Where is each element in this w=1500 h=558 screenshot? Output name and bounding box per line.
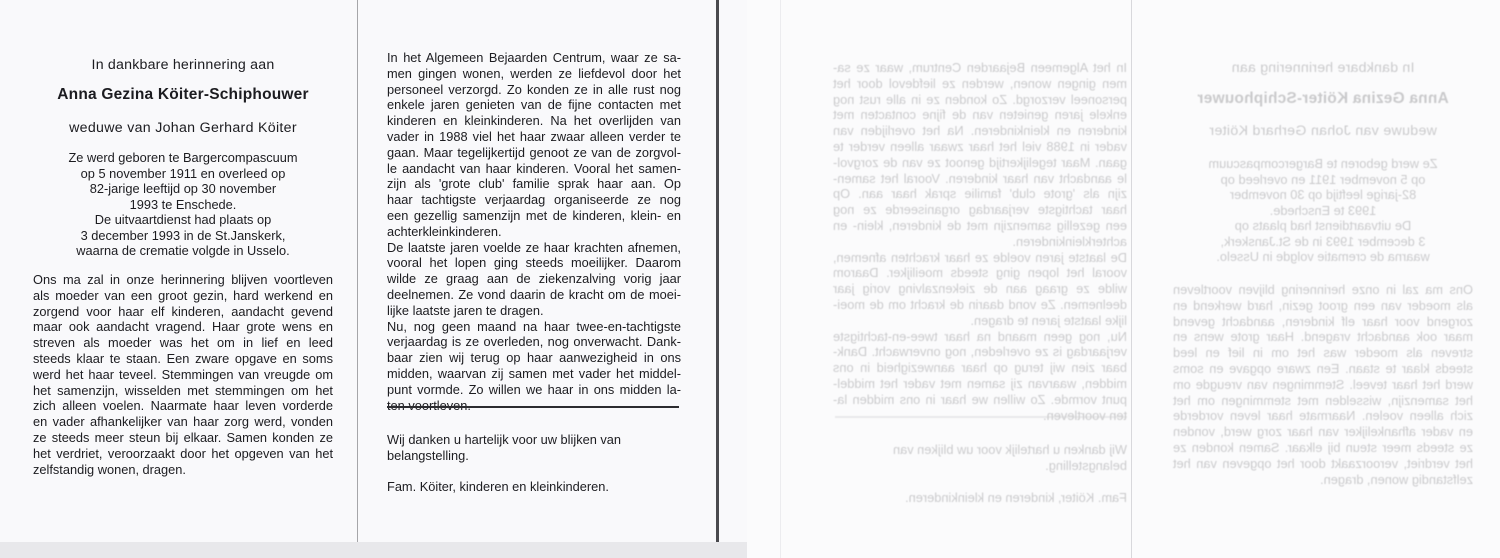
facts-line: De uitvaartdienst had plaats op bbox=[33, 212, 333, 228]
text-line: Ons ma zal in onze herinnering blijven v… bbox=[33, 272, 333, 288]
text-line: baar zien wij terug op haar aanwezigheid… bbox=[387, 350, 681, 366]
ghost-line: gaan. Maar tegelijkertijd genoot ze van … bbox=[833, 155, 1127, 171]
text-line: vader in 1988 viel het haar zwaar alleen… bbox=[387, 129, 681, 145]
facts-line: 3 december 1993 in de St.Janskerk, bbox=[33, 228, 333, 244]
text-line: wilde ze graag aan de ziekenzalving vori… bbox=[387, 271, 681, 287]
text-line: zich alleen voelen. Naarmate haar leven … bbox=[33, 398, 333, 414]
text-line: le aandacht van haar kinderen. Vooral he… bbox=[387, 161, 681, 177]
ghost-line: belangstelling. bbox=[827, 458, 1127, 474]
ghost-facts-line: 1993 te Enschede. bbox=[1173, 203, 1473, 219]
text-line: steeds klaar te staan. Een zware opgave … bbox=[33, 351, 333, 367]
text-line: gaan. Maar tegelijkertijd genoot ze van … bbox=[387, 145, 681, 161]
ghost-line: ze steeds meer steun bij elkaar. Samen k… bbox=[1173, 440, 1473, 456]
ghost-widow: weduwe van Johan Gerhard Köiter bbox=[1173, 123, 1473, 139]
ghost-line: lijke laatste jaren te dragen. bbox=[833, 313, 1127, 329]
thanks-line: Wij danken u hartelijk voor uw blijken v… bbox=[387, 432, 687, 448]
text-line: achterkleinkinderen. bbox=[387, 224, 681, 240]
ghost-thanks: Wij danken u hartelijk voor uw blijken v… bbox=[827, 442, 1127, 474]
ghost-intro: In dankbare herinnering aan bbox=[1173, 60, 1473, 76]
ghost-facts-line: 3 december 1993 in de St.Janskerk, bbox=[1173, 234, 1473, 250]
card-edge-line bbox=[716, 0, 719, 548]
ghost-line: het verdriet, veroorzaakt door het opgev… bbox=[1173, 456, 1473, 472]
ghost-line: midden, waarvan zij samen met vader het … bbox=[833, 376, 1127, 392]
ghost-facts-line: De uitvaartdienst had plaats op bbox=[1173, 218, 1473, 234]
ghost-line: enkele jaren genieten van de fijne conta… bbox=[833, 107, 1127, 123]
facts-line: op 5 november 1911 en overleed op bbox=[33, 166, 333, 182]
ghost-line: baar zien wij terug op haar aanwezigheid… bbox=[833, 360, 1127, 376]
text-line: het verdriet, veroorzaakt door het opgev… bbox=[33, 446, 333, 462]
ghost-line: Wij danken u hartelijk voor uw blijken v… bbox=[827, 442, 1127, 458]
widow-of-line: weduwe van Johan Gerhard Köiter bbox=[33, 120, 333, 136]
ghost-edge-line bbox=[780, 0, 781, 558]
thanks-note: Wij danken u hartelijk voor uw blijken v… bbox=[387, 432, 687, 464]
text-line: streven als moeder was het om in lief en… bbox=[33, 335, 333, 351]
ghost-rule bbox=[835, 416, 1127, 418]
ghost-facts-line: waarna de crematie volgde in Usselo. bbox=[1173, 249, 1473, 265]
horizontal-rule bbox=[387, 406, 679, 408]
ghost-line: steeds klaar te staan. Een zware opgave … bbox=[1173, 361, 1473, 377]
ghost-line: werd het haar teveel. Stemmingen van vre… bbox=[1173, 377, 1473, 393]
ghost-line: vader in 1988 viel het haar zwaar alleen… bbox=[833, 139, 1127, 155]
ghost-facts-line: 82-jarige leeftijd op 30 november bbox=[1173, 187, 1473, 203]
scan-background-strip bbox=[0, 542, 747, 558]
life-story-paragraph: In het Algemeen Bejaarden Centrum, waar … bbox=[387, 50, 681, 413]
ghost-line: zijn als 'grote club' familie sprak haar… bbox=[833, 186, 1127, 202]
ghost-line: men gingen wonen, werden ze liefdevol do… bbox=[833, 76, 1127, 92]
text-line: haar tachtigste verjaardag organiseerde … bbox=[387, 192, 681, 208]
text-line: deelnemen. Ze vond daarin de kracht om d… bbox=[387, 287, 681, 303]
text-line: als moeder van een groot gezin, hard wer… bbox=[33, 288, 333, 304]
text-line: lijke laatste jaren te dragen. bbox=[387, 303, 681, 319]
facts-line: 1993 te Enschede. bbox=[33, 197, 333, 213]
text-line: een gezellig samenzijn met de kinderen, … bbox=[387, 208, 681, 224]
ghost-line: streven als moeder was het om in lief en… bbox=[1173, 345, 1473, 361]
ghost-line: achterkleinkinderen. bbox=[833, 234, 1127, 250]
text-line: het samenzijn, wisselden met stemmingen … bbox=[33, 383, 333, 399]
mirrored-ghost-text: In dankbare herinnering aan Anna Gezina … bbox=[747, 0, 1500, 558]
ghost-line: De laatste jaren voelde ze haar krachten… bbox=[833, 250, 1127, 266]
card-fold-line bbox=[357, 0, 358, 558]
text-line: zijn als 'grote club' familie sprak haar… bbox=[387, 176, 681, 192]
ghost-line: verjaardag is ze overleden, nog onverwac… bbox=[833, 344, 1127, 360]
ghost-line: Ons ma zal in onze herinnering blijven v… bbox=[1173, 282, 1473, 298]
ghost-line: le aandacht van haar kinderen. Vooral he… bbox=[833, 171, 1127, 187]
ghost-memory: Ons ma zal in onze herinnering blijven v… bbox=[1173, 282, 1473, 487]
text-line: midden, waarvan zij samen met vader het … bbox=[387, 366, 681, 382]
facts-line: waarna de crematie volgde in Usselo. bbox=[33, 243, 333, 259]
biographical-facts: Ze werd geboren te Bargercompascuum op 5… bbox=[33, 150, 333, 259]
text-line: kinderen en kleinkinderen. Na het overli… bbox=[387, 113, 681, 129]
ghost-signature: Fam. Köiter, kinderen en kleinkinderen. bbox=[827, 490, 1127, 505]
ghost-line: kinderen en kleinkinderen. Na het overli… bbox=[833, 123, 1127, 139]
back-side-bleed-through: In dankbare herinnering aan Anna Gezina … bbox=[747, 0, 1500, 558]
text-line: men gingen wonen, werden ze liefdevol do… bbox=[387, 66, 681, 82]
ghost-line: zorgend voor haar elf kinderen, aandacht… bbox=[1173, 314, 1473, 330]
ghost-name: Anna Gezina Köiter-Schiphouwer bbox=[1159, 90, 1487, 108]
family-signature: Fam. Köiter, kinderen en kleinkinderen. bbox=[387, 479, 687, 494]
ghost-facts-line: op 5 november 1911 en overleed op bbox=[1173, 172, 1473, 188]
ghost-line: zich alleen voelen. Naarmate haar leven … bbox=[1173, 408, 1473, 424]
ghost-line: zelfstandig wonen, dragen. bbox=[1173, 472, 1473, 488]
text-line: ze steeds meer steun bij elkaar. Samen k… bbox=[33, 430, 333, 446]
ghost-facts-line: Ze werd geboren te Bargercompascuum bbox=[1173, 156, 1473, 172]
ghost-line: Nu, nog geen maand na haar twee-en-tacht… bbox=[833, 329, 1127, 345]
ghost-fold-line bbox=[1131, 0, 1132, 558]
ghost-facts: Ze werd geboren te Bargercompascuum op 5… bbox=[1173, 156, 1473, 265]
text-line: verjaardag is ze overleden, nog onverwac… bbox=[387, 334, 681, 350]
text-line: Nu, nog geen maand na haar twee-en-tacht… bbox=[387, 319, 681, 335]
text-line: zelfstandig wonen, dragen. bbox=[33, 462, 333, 478]
memorial-card-scan: In dankbare herinnering aan Anna Gezina … bbox=[0, 0, 747, 542]
ghost-line: maar ook aandacht vragend. Haar grote we… bbox=[1173, 329, 1473, 345]
ghost-line: een gezellig samenzijn met de kinderen, … bbox=[833, 218, 1127, 234]
thanks-line: belangstelling. bbox=[387, 448, 687, 464]
text-line: enkele jaren genieten van de fijne conta… bbox=[387, 97, 681, 113]
ghost-line: In het Algemeen Bejaarden Centrum, waar … bbox=[833, 60, 1127, 76]
ghost-line: het samenzijn, wisselden met stemmingen … bbox=[1173, 393, 1473, 409]
text-line: De laatste jaren voelde ze haar krachten… bbox=[387, 240, 681, 256]
ghost-line: punt vormde. Zo willen we haar in ons mi… bbox=[833, 392, 1127, 408]
ghost-line: en vader afhankelijker van haar zorg wer… bbox=[1173, 424, 1473, 440]
text-line: In het Algemeen Bejaarden Centrum, waar … bbox=[387, 50, 681, 66]
text-line: en vader afhankelijker van haar zorg wer… bbox=[33, 414, 333, 430]
text-line: werd het haar teveel. Stemmingen van vre… bbox=[33, 367, 333, 383]
ghost-story: In het Algemeen Bejaarden Centrum, waar … bbox=[833, 60, 1127, 423]
facts-line: Ze werd geboren te Bargercompascuum bbox=[33, 150, 333, 166]
intro-heading: In dankbare herinnering aan bbox=[33, 57, 333, 73]
memory-paragraph: Ons ma zal in onze herinnering blijven v… bbox=[33, 272, 333, 477]
deceased-name: Anna Gezina Köiter-Schiphouwer bbox=[19, 86, 347, 104]
ghost-line: wilde ze graag aan de ziekenzalving vori… bbox=[833, 281, 1127, 297]
text-line: zorgend voor haar elf kinderen, aandacht… bbox=[33, 304, 333, 320]
ghost-line: als moeder van een groot gezin, hard wer… bbox=[1173, 298, 1473, 314]
ghost-line: haar tachtigste verjaardag organiseerde … bbox=[833, 202, 1127, 218]
ghost-line: personeel verzorgd. Zo konden ze in alle… bbox=[833, 92, 1127, 108]
text-line: punt vormde. Zo willen we haar in ons mi… bbox=[387, 382, 681, 398]
facts-line: 82-jarige leeftijd op 30 november bbox=[33, 181, 333, 197]
text-line: vooral het lopen ging steeds moeilijker.… bbox=[387, 255, 681, 271]
text-line: personeel verzorgd. Zo konden ze in alle… bbox=[387, 82, 681, 98]
text-line: maar ook aandacht vragend. Haar grote we… bbox=[33, 319, 333, 335]
ghost-line: vooral het lopen ging steeds moeilijker.… bbox=[833, 265, 1127, 281]
ghost-line: deelnemen. Ze vond daarin de kracht om d… bbox=[833, 297, 1127, 313]
